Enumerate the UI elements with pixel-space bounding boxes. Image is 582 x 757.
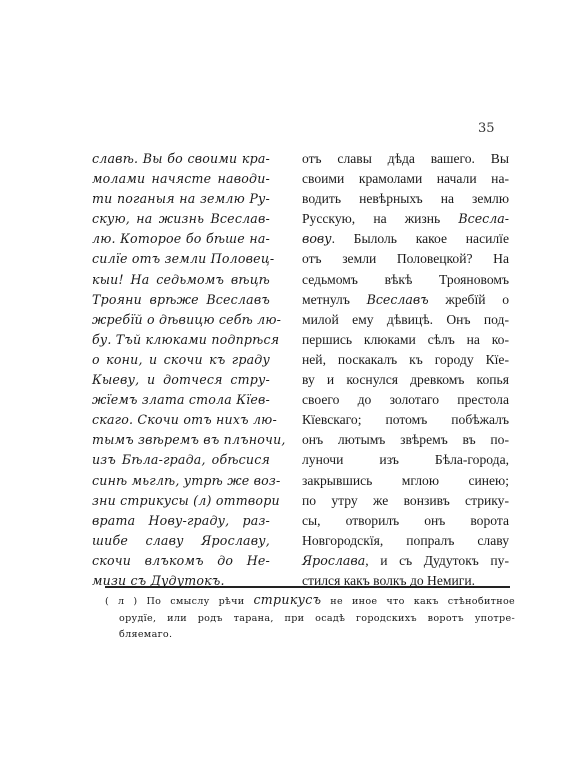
text-line: Кыеву, и дотчеся стру- (92, 370, 270, 390)
text-line: Ярослава, и съ Дудутокъ пу- (302, 551, 509, 571)
text-line: тымъ звѣремъ въ плъночи, (92, 430, 270, 450)
text-line: отъ земли Половецкой? На (302, 249, 509, 269)
text-line: закрывшись мглою синею; (302, 471, 509, 491)
text-line: Русскую, на жизнь Всесла- (302, 209, 509, 229)
text-line: Трояни врѣже Всеславъ (92, 290, 270, 310)
footnote-line: ( л ) По смыслу рѣчи стрикусъ не иное чт… (105, 592, 515, 611)
text-line: своими крамолами начали на- (302, 169, 509, 189)
footnote-divider (105, 586, 510, 588)
text-line: ву и коснулся древкомъ копья (302, 370, 509, 390)
text-line: лю. Которое бо бѣше на- (92, 229, 270, 249)
text-line: онъ лютымъ звѣремъ въ по- (302, 430, 509, 450)
text-line: силїе отъ земли Половец- (92, 249, 270, 269)
text-line: своего до золотаго престола (302, 390, 509, 410)
text-line: стился какъ волкъ до Немиги. (302, 571, 509, 591)
text-line: милой ему дѣвицѣ. Онъ под- (302, 310, 509, 330)
text-line: о кони, и скочи къ граду (92, 350, 270, 370)
page-number: 35 (478, 121, 495, 136)
text-line: сы, отворилъ онъ ворота (302, 511, 509, 531)
text-line: жїемъ злата стола Кїев- (92, 390, 270, 410)
text-line: зни стрикусы (л) оттвори (92, 491, 270, 511)
footnote: ( л ) По смыслу рѣчи стрикусъ не иное чт… (105, 592, 515, 644)
footnote-line: бляемаго. (105, 627, 515, 644)
text-line: шибе славу Ярославу, (92, 531, 270, 551)
text-line: Кїевскаго; потомъ побѣжалъ (302, 410, 509, 430)
text-line: метнулъ Всеславъ жребїй о (302, 290, 509, 310)
text-line: изъ Бѣла-града, обѣсися (92, 450, 270, 470)
text-line: скаго. Скочи отъ нихъ лю- (92, 410, 270, 430)
text-line: бу. Тъй клюками подпрѣся (92, 330, 270, 350)
text-line: першись клюками сѣлъ на ко- (302, 330, 509, 350)
text-line: вову. Былоль какое насилїе (302, 229, 509, 249)
text-line: отъ славы дѣда вашего. Вы (302, 149, 509, 169)
footnote-line: орудїе, или родъ тарана, при осадѣ город… (105, 611, 515, 628)
right-column-translation: отъ славы дѣда вашего. Вы своими крамола… (302, 149, 509, 591)
text-line: скую, на жизнь Всеслав- (92, 209, 270, 229)
text-line: мизи съ Дудутокъ. (92, 571, 270, 591)
left-column-old-russian-text: славѣ. Вы бо своими кра- молами начясте … (92, 149, 270, 591)
text-line: седьмомъ вѣкѣ Трояновомъ (302, 270, 509, 290)
text-line: по утру же вонзивъ стрику- (302, 491, 509, 511)
text-line: славѣ. Вы бо своими кра- (92, 149, 270, 169)
text-line: ти поганыя на землю Ру- (92, 189, 270, 209)
text-line: скочи влъкомъ до Не- (92, 551, 270, 571)
text-line: синѣ мьглѣ, утрѣ же воз- (92, 471, 270, 491)
text-line: водить невѣрныхъ на землю (302, 189, 509, 209)
text-line: жребїй о дѣвицю себѣ лю- (92, 310, 270, 330)
text-line: луночи изъ Бѣла-города, (302, 450, 509, 470)
text-line: Новгородскїя, попралъ славу (302, 531, 509, 551)
text-line: врата Нову-граду, раз- (92, 511, 270, 531)
text-line: молами начясте наводи- (92, 169, 270, 189)
text-line: ней, поскакалъ къ городу Кїе- (302, 350, 509, 370)
text-line: кыи! На седьмомъ вѣцѣ (92, 270, 270, 290)
